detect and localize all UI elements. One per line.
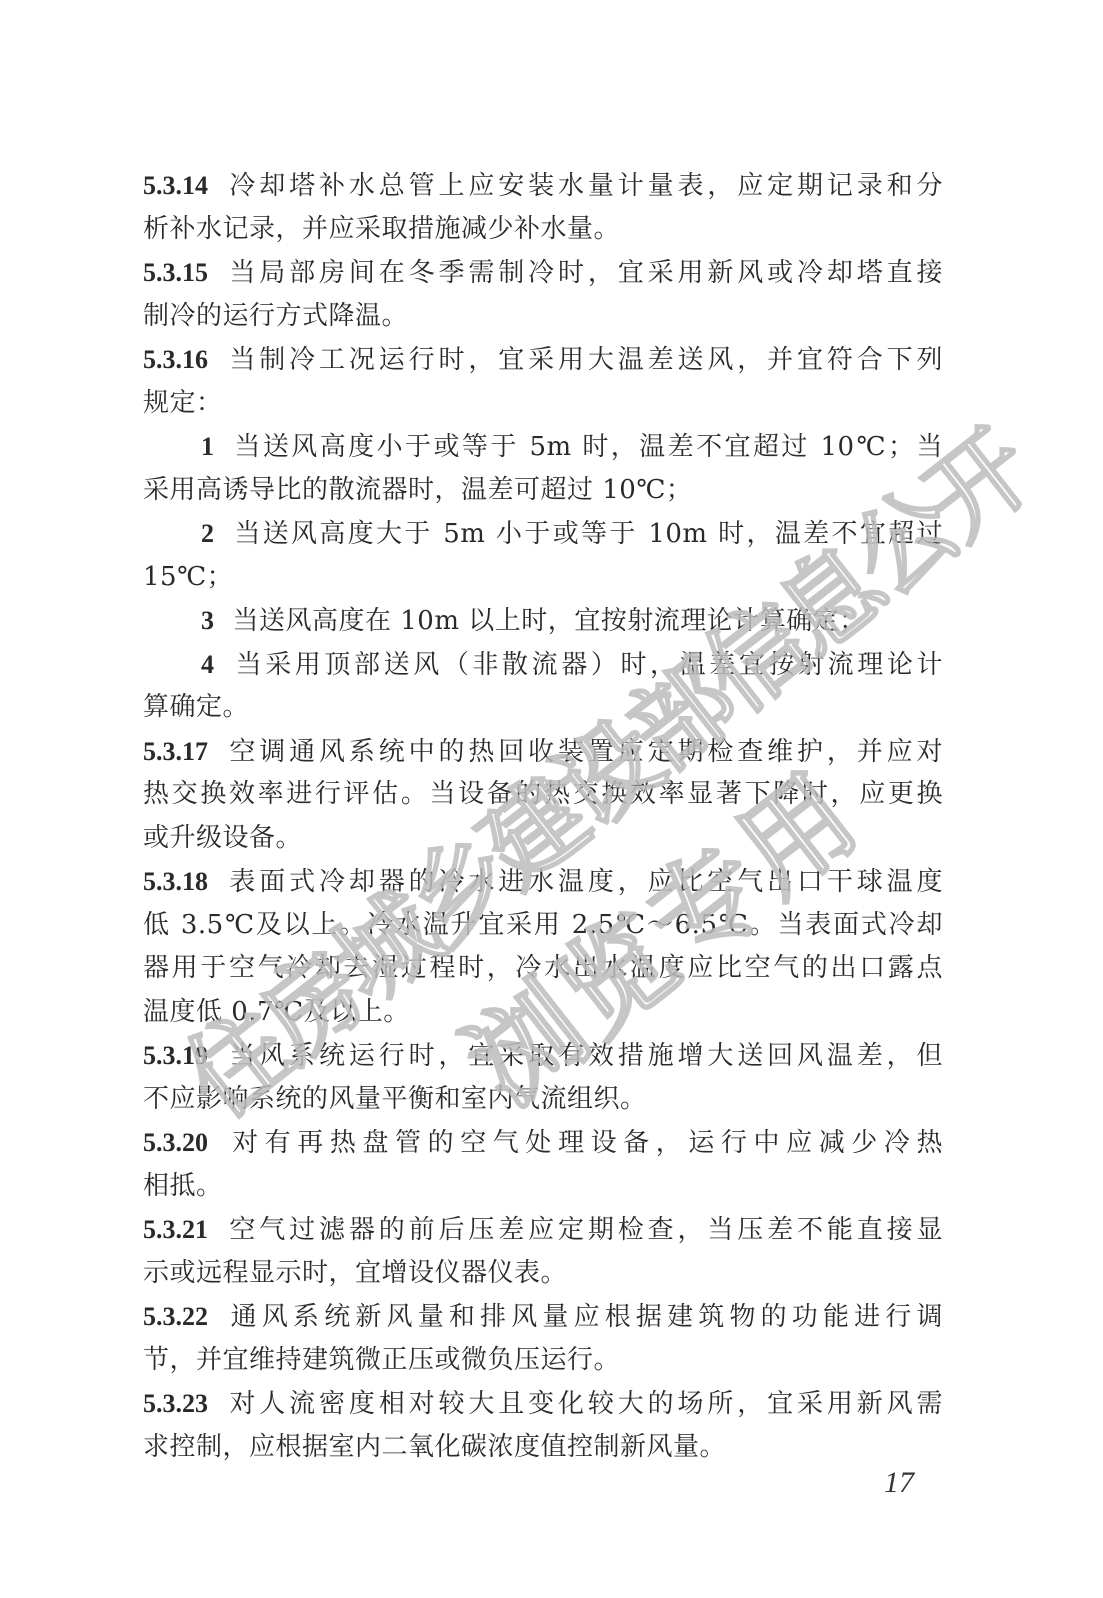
clause-text: 表面式冷却器的冷水进水温度，应比空气出口干球温度 <box>226 867 943 897</box>
clause-5-3-20-line-1: 5.3.20对有再热盘管的空气处理设备，运行中应减少冷热 <box>143 1121 943 1165</box>
clause-text: 冷却塔补水总管上应安装水量计量表，应定期记录和分 <box>226 171 943 201</box>
list-item-number: 1 <box>201 432 215 461</box>
clause-text: 空调通风系统中的热回收装置应定期检查维护，并应对 <box>226 737 943 767</box>
list-item-number: 3 <box>201 606 215 635</box>
clause-5-3-14-line-1: 5.3.14冷却塔补水总管上应安装水量计量表，应定期记录和分 <box>143 164 943 208</box>
list-item-text: 当送风高度大于 5m 小于或等于 10m 时，温差不宜超过 <box>233 519 944 549</box>
document-page: 5.3.14冷却塔补水总管上应安装水量计量表，应定期记录和分 析补水记录，并应采… <box>0 0 1103 1598</box>
clause-text: 空气过滤器的前后压差应定期检查，当压差不能直接显 <box>226 1215 943 1245</box>
clause-5-3-21-line-2: 示或远程显示时，宜增设仪器仪表。 <box>143 1252 943 1296</box>
clause-number: 5.3.16 <box>143 345 208 374</box>
list-item-1-line-1: 1当送风高度小于或等于 5m 时，温差不宜超过 10℃；当 <box>143 425 943 469</box>
clause-text: 通风系统新风量和排风量应根据建筑物的功能进行调 <box>226 1302 943 1332</box>
clause-text: 对人流密度相对较大且变化较大的场所，宜采用新风需 <box>226 1389 943 1419</box>
list-item-4-line-1: 4当采用顶部送风（非散流器）时，温差宜按射流理论计 <box>143 643 943 687</box>
clause-5-3-23-line-2: 求控制，应根据室内二氧化碳浓度值控制新风量。 <box>143 1426 943 1470</box>
clause-5-3-17-line-3: 或升级设备。 <box>143 817 943 861</box>
list-item-text: 当送风高度在 10m 以上时，宜按射流理论计算确定； <box>233 606 866 636</box>
list-item-text: 当送风高度小于或等于 5m 时，温差不宜超过 10℃；当 <box>233 432 944 462</box>
clause-5-3-18-line-3: 器用于空气冷却去湿过程时，冷水出水温度应比空气的出口露点 <box>143 947 943 991</box>
list-item-2-line-2: 15℃； <box>143 556 943 600</box>
clause-list: 5.3.14冷却塔补水总管上应安装水量计量表，应定期记录和分 析补水记录，并应采… <box>143 164 943 1469</box>
clause-5-3-17-line-2: 热交换效率进行评估。当设备的热交换效率显著下降时，应更换 <box>143 773 943 817</box>
clause-5-3-16-line-2: 规定： <box>143 382 943 426</box>
clause-5-3-16-line-1: 5.3.16当制冷工况运行时，宜采用大温差送风，并宜符合下列 <box>143 338 943 382</box>
clause-5-3-15-line-2: 制冷的运行方式降温。 <box>143 295 943 339</box>
clause-number: 5.3.15 <box>143 258 208 287</box>
clause-number: 5.3.22 <box>143 1302 208 1331</box>
list-item-number: 2 <box>201 519 215 548</box>
clause-5-3-23-line-1: 5.3.23对人流密度相对较大且变化较大的场所，宜采用新风需 <box>143 1382 943 1426</box>
clause-5-3-20-line-2: 相抵。 <box>143 1165 943 1209</box>
clause-5-3-22-line-1: 5.3.22通风系统新风量和排风量应根据建筑物的功能进行调 <box>143 1295 943 1339</box>
list-item-1-line-2: 采用高诱导比的散流器时，温差可超过 10℃； <box>143 469 943 513</box>
clause-5-3-15-line-1: 5.3.15当局部房间在冬季需制冷时，宜采用新风或冷却塔直接 <box>143 251 943 295</box>
clause-5-3-21-line-1: 5.3.21空气过滤器的前后压差应定期检查，当压差不能直接显 <box>143 1208 943 1252</box>
list-item-text: 当采用顶部送风（非散流器）时，温差宜按射流理论计 <box>233 650 944 680</box>
clause-5-3-18-line-4: 温度低 0.7℃及以上。 <box>143 991 943 1035</box>
clause-number: 5.3.14 <box>143 171 208 200</box>
clause-number: 5.3.19 <box>143 1041 208 1070</box>
list-item-4-line-2: 算确定。 <box>143 686 943 730</box>
clause-text: 当风系统运行时，宜采取有效措施增大送回风温差，但 <box>226 1041 943 1071</box>
page-number: 17 <box>884 1466 914 1500</box>
clause-text: 对有再热盘管的空气处理设备，运行中应减少冷热 <box>226 1128 943 1158</box>
clause-number: 5.3.21 <box>143 1215 208 1244</box>
clause-5-3-18-line-1: 5.3.18表面式冷却器的冷水进水温度，应比空气出口干球温度 <box>143 860 943 904</box>
clause-5-3-19-line-2: 不应影响系统的风量平衡和室内气流组织。 <box>143 1078 943 1122</box>
clause-number: 5.3.23 <box>143 1389 208 1418</box>
clause-5-3-17-line-1: 5.3.17空调通风系统中的热回收装置应定期检查维护，并应对 <box>143 730 943 774</box>
list-item-2-line-1: 2当送风高度大于 5m 小于或等于 10m 时，温差不宜超过 <box>143 512 943 556</box>
clause-number: 5.3.20 <box>143 1128 208 1157</box>
clause-number: 5.3.18 <box>143 867 208 896</box>
clause-text: 当局部房间在冬季需制冷时，宜采用新风或冷却塔直接 <box>226 258 943 288</box>
clause-number: 5.3.17 <box>143 737 208 766</box>
list-item-3-line-1: 3当送风高度在 10m 以上时，宜按射流理论计算确定； <box>143 599 943 643</box>
clause-5-3-22-line-2: 节，并宜维持建筑微正压或微负压运行。 <box>143 1339 943 1383</box>
clause-5-3-19-line-1: 5.3.19当风系统运行时，宜采取有效措施增大送回风温差，但 <box>143 1034 943 1078</box>
list-item-number: 4 <box>201 650 215 679</box>
clause-text: 当制冷工况运行时，宜采用大温差送风，并宜符合下列 <box>226 345 943 375</box>
clause-5-3-18-line-2: 低 3.5℃及以上。冷水温升宜采用 2.5℃～6.5℃。当表面式冷却 <box>143 904 943 948</box>
clause-5-3-14-line-2: 析补水记录，并应采取措施减少补水量。 <box>143 208 943 252</box>
